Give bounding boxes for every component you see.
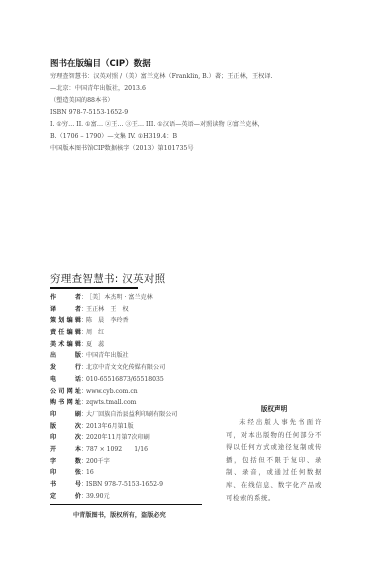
detail-label: 购书网址 <box>50 397 81 409</box>
detail-value: 16 <box>86 467 94 479</box>
copyright-body: 未经出版人事先书面许可，对本出版物的任何部分不得以任何方式或途径复制或传播，包括… <box>226 416 322 504</box>
detail-value: 2020年11月第7次印刷 <box>86 432 150 444</box>
copyright-statement: 版权声明 未经出版人事先书面许可，对本出版物的任何部分不得以任何方式或途径复制或… <box>226 402 322 504</box>
detail-label: 译 者 <box>50 304 81 316</box>
detail-row-format: 开 本：787 × 1092 1/16 <box>50 444 225 456</box>
book-title: 穷理查智慧书: 汉英对照 <box>50 271 165 286</box>
detail-label: 美术编辑 <box>50 339 81 351</box>
detail-value: www.cyb.com.cn <box>86 386 138 398</box>
detail-label: 书 号 <box>50 479 81 491</box>
detail-label: 字 数 <box>50 456 81 468</box>
detail-value: ［美］本杰明 · 富兰克林 <box>86 292 153 304</box>
detail-value: 2013年6月第1版 <box>86 421 134 433</box>
detail-value: 大厂回族自治县益利印刷有限公司 <box>86 409 177 421</box>
detail-row-price: 定 价：39.90元 <box>50 491 225 503</box>
detail-row-publisher: 出 版：中国青年出版社 <box>50 350 225 362</box>
detail-value: 夏 蕊 <box>86 339 104 351</box>
copyright-page: 图书在版编目（CIP）数据 穷理查智慧书：汉英对照 /（美）富兰克林（Frank… <box>0 0 375 564</box>
detail-label: 公司网址 <box>50 386 81 398</box>
detail-label: 印 刷 <box>50 409 81 421</box>
detail-label: 开 本 <box>50 444 81 456</box>
detail-value: 200千字 <box>86 456 110 468</box>
detail-label: 定 价 <box>50 491 81 503</box>
detail-value: ISBN 978-7-5153-1652-9 <box>86 479 163 491</box>
detail-label: 责任编辑 <box>50 327 81 339</box>
detail-row-isbn: 书 号：ISBN 978-7-5153-1652-9 <box>50 479 225 491</box>
detail-value: 北京中青文文化传媒有限公司 <box>86 362 165 374</box>
detail-label: 策划编辑 <box>50 315 81 327</box>
detail-row-sheets: 印 张：16 <box>50 467 225 479</box>
detail-row-edition: 版 次：2013年6月第1版 <box>50 421 225 433</box>
detail-label: 印 次 <box>50 432 81 444</box>
detail-value: zqwts.tmall.com <box>86 397 136 409</box>
detail-label: 作 者 <box>50 292 81 304</box>
detail-value: 中国青年出版社 <box>86 350 129 362</box>
detail-value: 周 红 <box>86 327 104 339</box>
footer-divider <box>50 504 202 505</box>
cip-title: 图书在版编目（CIP）数据 <box>50 58 350 71</box>
detail-value: 787 × 1092 1/16 <box>86 444 148 456</box>
detail-label: 版 次 <box>50 421 81 433</box>
detail-row-responsible-editor: 责任编辑：周 红 <box>50 327 225 339</box>
cip-line: （塑造美国的88本书） <box>50 95 350 107</box>
detail-value: 39.90元 <box>86 491 110 503</box>
cip-line: ISBN 978-7-5153-1652-9 <box>50 107 350 119</box>
detail-row-company-website: 公司网址：www.cyb.com.cn <box>50 386 225 398</box>
publication-details: 作 者：［美］本杰明 · 富兰克林 译 者：王正林 王 权 策划编辑：陈 晨 李… <box>50 292 225 502</box>
cip-line: —北京：中国青年出版社，2013.6 <box>50 83 350 95</box>
detail-label: 电 话 <box>50 374 81 386</box>
detail-value: 王正林 王 权 <box>86 304 129 316</box>
cip-line: B.（1706 – 1790）—文集 IV. ①H319.4：B <box>50 131 350 143</box>
copyright-title: 版权声明 <box>226 402 322 416</box>
detail-row-planning-editor: 策划编辑：陈 晨 李玲香 <box>50 315 225 327</box>
cip-line: 中国版本图书馆CIP数据核字（2013）第101735号 <box>50 143 350 155</box>
cip-line: 穷理查智慧书：汉英对照 /（美）富兰克林（Franklin, B.）著；王正林，… <box>50 71 350 83</box>
detail-row-shop-website: 购书网址：zqwts.tmall.com <box>50 397 225 409</box>
detail-row-translator: 译 者：王正林 王 权 <box>50 304 225 316</box>
cip-line: I. ①穷… II. ①富… ②王… ③王… III. ①汉语—英语—对照读物 … <box>50 119 350 131</box>
detail-row-author: 作 者：［美］本杰明 · 富兰克林 <box>50 292 225 304</box>
detail-label: 发 行 <box>50 362 81 374</box>
title-divider <box>50 287 138 289</box>
detail-row-distributor: 发 行：北京中青文文化传媒有限公司 <box>50 362 225 374</box>
detail-value: 陈 晨 李玲香 <box>86 315 129 327</box>
detail-row-art-editor: 美术编辑：夏 蕊 <box>50 339 225 351</box>
detail-value: 010-65516873/65518035 <box>86 374 164 386</box>
detail-row-word-count: 字 数：200千字 <box>50 456 225 468</box>
detail-row-printing: 印 次：2020年11月第7次印刷 <box>50 432 225 444</box>
detail-label: 出 版 <box>50 350 81 362</box>
detail-row-printer: 印 刷：大厂回族自治县益利印刷有限公司 <box>50 409 225 421</box>
detail-label: 印 张 <box>50 467 81 479</box>
detail-row-phone: 电 话：010-65516873/65518035 <box>50 374 225 386</box>
cip-data-block: 图书在版编目（CIP）数据 穷理查智慧书：汉英对照 /（美）富兰克林（Frank… <box>50 58 350 155</box>
piracy-notice: 中青版图书，版权所有，盗版必究 <box>73 510 166 519</box>
